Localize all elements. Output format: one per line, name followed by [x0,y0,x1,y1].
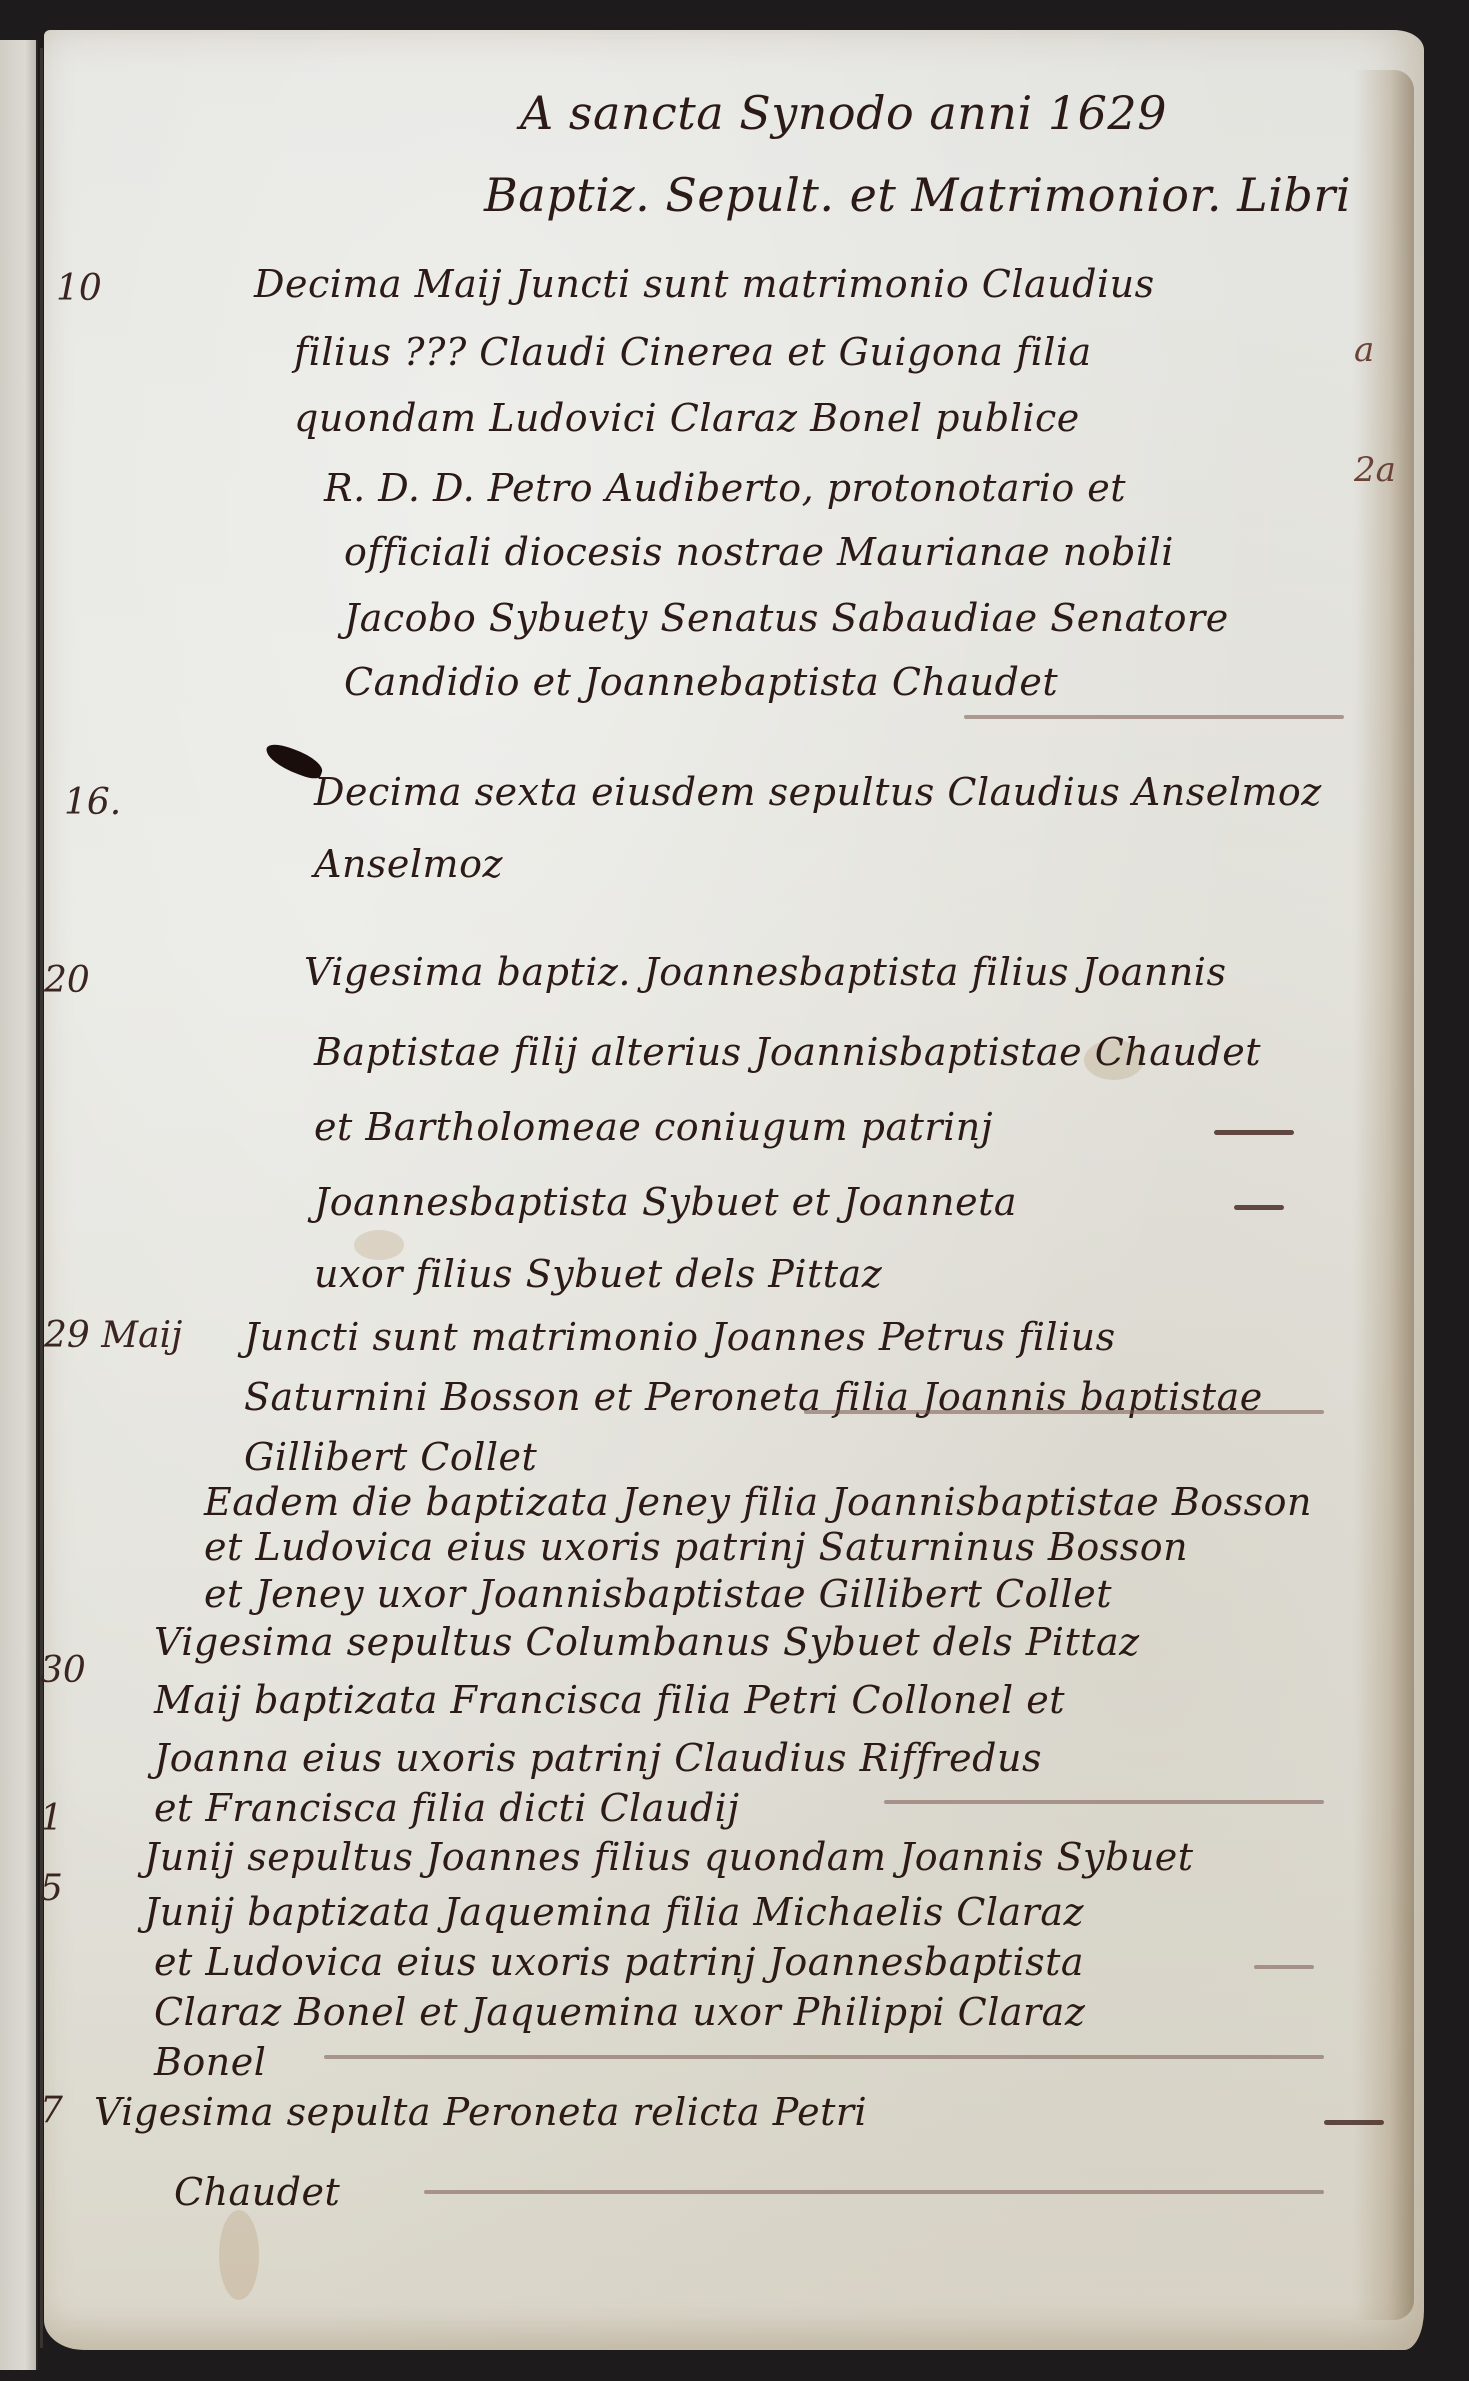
entry-line: quondam Ludovici Claraz Bonel publice [294,396,1080,440]
entry-line: et Francisca filia dicti Claudij [154,1786,740,1830]
adjacent-page-edge [0,40,38,2370]
margin-date: 10 [56,268,102,309]
entry-line: Anselmoz [314,842,503,886]
entry-line: filius ??? Claudi Cinerea et Guigona fil… [294,330,1092,374]
entry-line: Eadem die baptizata Jeney filia Joannisb… [204,1480,1312,1524]
line-filler-stroke [964,715,1344,719]
entry-line: Junij sepultus Joannes filius quondam Jo… [144,1835,1194,1879]
right-margin-note: a [1354,330,1374,370]
entry-line: Candidio et Joannebaptista Chaudet [344,660,1058,704]
line-filler-stroke [1254,1965,1314,1969]
entry-line: Bonel [154,2040,266,2084]
margin-date: 30 [40,1650,86,1691]
entry-line: et Bartholomeae coniugum patrinj [314,1105,993,1149]
margin-date: 5 [40,1868,63,1909]
line-filler-stroke [1234,1205,1284,1210]
line-filler-stroke [1324,2120,1384,2125]
margin-date: 1 [40,1798,63,1839]
entry-line: Claraz Bonel et Jaquemina uxor Philippi … [154,1990,1085,2034]
entry-line: Junij baptizata Jaquemina filia Michaeli… [144,1890,1084,1934]
entry-line: Joanna eius uxoris patrinj Claudius Riff… [154,1736,1042,1780]
line-filler-stroke [884,1800,1324,1804]
margin-date: 16. [64,782,121,823]
entry-line: Maij baptizata Francisca filia Petri Col… [154,1678,1065,1722]
entry-line: officiali diocesis nostrae Maurianae nob… [344,530,1174,574]
manuscript-leaf: A sancta Synodo anni 1629 Baptiz. Sepult… [44,30,1424,2350]
entry-line: Vigesima sepulta Peroneta relicta Petri [94,2090,867,2134]
entry-line: Decima sexta eiusdem sepultus Claudius A… [314,770,1322,814]
entry-line: et Jeney uxor Joannisbaptistae Gillibert… [204,1572,1112,1616]
worn-page-edge [1354,70,1414,2320]
line-filler-stroke [324,2055,1324,2059]
entry-line: Vigesima baptiz. Joannesbaptista filius … [304,950,1226,994]
entry-line: Juncti sunt matrimonio Joannes Petrus fi… [244,1315,1116,1359]
line-filler-stroke [424,2190,1324,2194]
margin-date: 20 [44,960,90,1001]
water-stain [219,2210,259,2300]
entry-line: Jacobo Sybuety Senatus Sabaudiae Senator… [344,596,1229,640]
entry-line: et Ludovica eius uxoris patrinj Joannesb… [154,1940,1084,1984]
entry-line: uxor filius Sybuet dels Pittaz [314,1252,882,1296]
page-heading-line-2: Baptiz. Sepult. et Matrimonior. Libri [484,168,1351,222]
line-filler-stroke [1214,1130,1294,1135]
line-filler-stroke [804,1410,1324,1414]
entry-line: Gillibert Collet [244,1435,537,1479]
margin-date: 29 Maij [44,1315,182,1356]
book-gutter [40,48,43,2348]
entry-line: Decima Maij Juncti sunt matrimonio Claud… [254,262,1155,306]
entry-line: Baptistae filij alterius Joannisbaptista… [314,1030,1261,1074]
entry-line: R. D. D. Petro Audiberto, protonotario e… [324,466,1126,510]
page-heading-line-1: A sancta Synodo anni 1629 [520,86,1167,140]
right-margin-note: 2a [1354,450,1396,490]
entry-line: Vigesima sepultus Columbanus Sybuet dels… [154,1620,1140,1664]
entry-line: et Ludovica eius uxoris patrinj Saturnin… [204,1525,1188,1569]
entry-line: Chaudet [174,2170,340,2214]
entry-line: Joannesbaptista Sybuet et Joanneta [314,1180,1017,1224]
margin-date: 7 [40,2090,63,2131]
